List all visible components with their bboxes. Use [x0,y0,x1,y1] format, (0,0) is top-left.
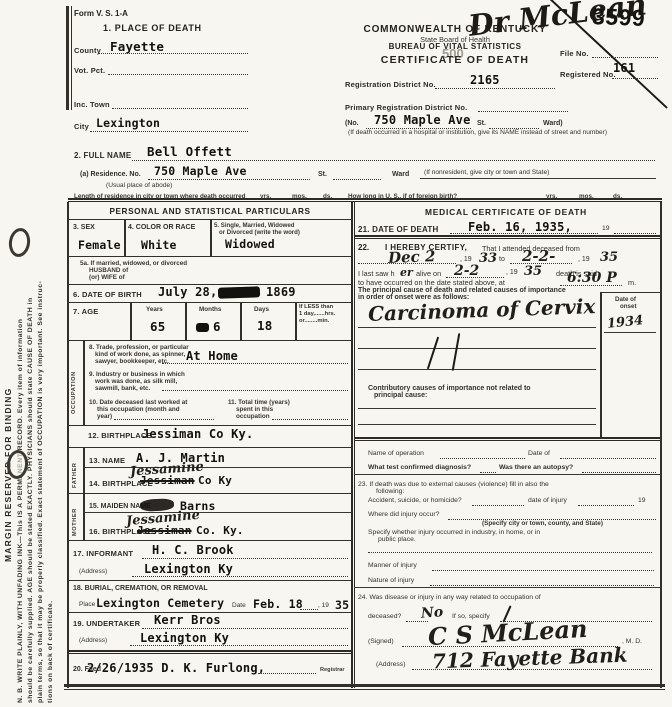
dotted-leader [560,284,622,286]
rule-line [358,408,596,409]
street-value: 750 Maple Ave [374,113,471,127]
attended-to-handwritten: 2-2- [522,247,555,265]
burial-year-value: 35 [335,598,349,612]
sex-value: Female [78,238,121,252]
dod-year-prefix: 19 [602,225,610,232]
dotted-leader [614,232,656,234]
rule-line [68,493,352,494]
undertaker-label: 19. UNDERTAKER [73,619,140,628]
where-injury-label: Where did injury occur? [368,511,439,518]
principal-cause-label: The principal cause of death and related… [358,287,566,294]
full-name-label: 2. FULL NAME [74,151,131,160]
rule-line [68,340,352,341]
spouse-label: 5a. If married, widowed, or divorced [80,260,187,267]
dotted-leader [368,551,652,553]
occupation-side-label: OCCUPATION [71,371,77,414]
total-time-label: 11. Total time (years) [228,399,290,406]
autopsy-label: Was there an autopsy? [499,464,573,471]
injury-19-label: 19 [638,497,646,504]
date-of-onset-label: Date of [615,296,636,303]
trade-label: 8. Trade, profession, or particular [89,344,189,351]
margin-instructions-line: N. B. WRITE PLAINLY, WITH UNFADING INK—T… [17,319,24,703]
days-column-label: Days [254,306,269,313]
external-causes-label: 23. If death was due to external causes … [358,481,549,488]
rule-line [68,198,662,202]
dotted-leader [148,178,310,180]
rule-line [67,202,69,688]
if-less-label: 1 day,......hrs. [299,311,335,317]
dotted-leader [90,130,248,132]
contributory-label: Contributory causes of importance not re… [368,385,531,392]
dotted-leader [162,362,348,364]
year-19-prefix: , 19 [506,269,518,276]
signed-label: (Signed) [368,638,394,645]
rule-line [185,302,187,340]
full-name-value: Bell Offett [147,144,232,159]
industry-label: sawmill, bank, etc. [95,385,150,392]
residence-st-label: St. [318,171,327,178]
death-certificate-scan: MARGIN RESERVED FOR BINDING N. B. WRITE … [0,0,672,707]
manner-of-injury-label: Manner of injury [368,562,417,569]
occurred-at-label: to have occurred on the date stated abov… [358,278,505,287]
burial-place-value: Lexington Cemetery [96,596,224,610]
informant-address-label: (Address) [79,568,107,575]
months-column-label: Months [199,306,221,313]
informant-value: H. C. Brook [152,543,234,557]
registered-no-value: 161 [613,61,635,75]
dotted-leader [132,159,655,161]
contributory-label: principal cause: [374,392,427,399]
date-of-death-label: 21. DATE OF DEATH [358,225,438,234]
form-left-bar-thin [71,6,72,110]
specify-injury-label: public place. [378,536,416,543]
undertaker-address-value: Lexington Ky [140,631,229,645]
dotted-leader [560,457,656,459]
mother-side-label: MOTHER [72,508,78,536]
age-years-value: 65 [150,319,165,334]
dotted-leader [578,504,634,506]
rule-line [600,292,660,293]
onset-year-handwritten: 1934 [606,313,644,332]
trade-label: sawyer, bookkeeper, etc. [95,358,169,365]
rule-line [124,219,126,256]
rule-line [354,235,660,239]
dotted-leader [132,575,348,577]
abode-note: (Usual place of abode) [106,182,172,189]
color-race-label: 4. COLOR OR RACE [128,224,195,231]
burial-label: 18. BURIAL, CREMATION, OR REMOVAL [73,585,208,592]
street-st-label: St. [477,120,486,127]
last-worked-label: this occupation (month and [97,406,180,413]
father-side-label: FATHER [72,462,78,488]
trade-value: At Home [186,349,238,363]
burial-date-value: Feb. 18 [253,597,303,611]
mother-birthplace-rest: Co. Ky. [196,524,244,537]
rule-line [660,202,662,688]
color-race-value: White [141,238,177,252]
total-time-label: spent in this [236,406,273,413]
dotted-leader [472,504,524,506]
total-time-label: occupation [236,413,270,420]
punch-hole [7,227,32,259]
rule-line [83,467,352,468]
rule-line [130,302,132,340]
rule-line [83,493,85,540]
rule-line [68,447,352,448]
dotted-leader [432,569,654,571]
dotted-leader [435,87,555,89]
dotted-leader [98,52,248,54]
rule-line [358,424,596,425]
occupation-related-label: 24. Was disease or injury in any way rel… [358,594,541,601]
undertaker-address-label: (Address) [79,637,107,644]
rule-line [354,587,660,588]
year-19-prefix: , 19 [578,256,590,263]
specify-injury-label: Specify whether injury occurred in indus… [368,529,540,536]
ink-blot [218,286,260,298]
dotted-leader [480,471,496,473]
hospital-note: (If death occurred in a hospital or inst… [348,129,607,136]
ink-blot [196,323,209,332]
to-word-label: to [499,256,505,263]
dotted-leader [430,584,654,586]
rule-line [420,178,656,179]
rule-line [83,340,85,425]
marital-label: 5. Single, Married, Widowed [214,222,295,229]
father-name-label: 13. NAME [89,456,125,465]
rule-line [68,650,352,654]
dotted-leader [582,471,656,473]
test-confirmed-label: What test confirmed diagnosis? [368,464,471,471]
years-column-label: Years [146,306,163,313]
burial-place-label: Place [79,601,95,608]
rule-line [604,332,656,333]
residence-ward-label: Ward [392,171,409,178]
rule-line [68,580,352,581]
rule-line [600,292,602,438]
dotted-leader [440,457,525,459]
dotted-leader [612,77,658,79]
last-saw-year-handwritten: 35 [524,264,542,279]
medical-certificate-title: MEDICAL CERTIFICATE OF DEATH [356,207,656,217]
rule-line [210,219,212,256]
deceased-label: deceased? [368,613,401,620]
personal-particulars-title: PERSONAL AND STATISTICAL PARTICULARS [70,207,350,216]
industry-label: 9. Industry or business in which [89,371,185,378]
burial-date-label: Date [232,602,246,609]
registered-no-label: Registered No. [560,70,616,79]
birthplace-value: Jessiman Co Ky. [142,427,253,441]
age-label: 7. AGE [73,307,99,316]
birth-year-value: 1869 [266,285,296,299]
m-suffix-label: m. [628,278,636,287]
to-year-handwritten: 35 [600,250,618,265]
last-worked-label: year) [97,413,112,420]
age-days-value: 18 [257,318,272,333]
injury-date-label: date of injury [528,497,567,504]
rule-line [354,474,660,475]
dotted-leader [450,232,598,234]
informant-address-value: Lexington Ky [144,562,233,576]
filed-value: 2/26/1935 D. K. Furlong, [87,661,265,675]
rule-line [240,302,242,340]
dotted-leader [333,178,381,180]
rule-line [68,256,352,257]
form-left-bar [66,6,69,110]
rule-line [354,437,660,441]
dotted-leader [130,644,348,646]
rule-line [358,348,596,349]
husband-of-label: HUSBAND of [89,267,128,274]
signature-address-label: (Address) [376,661,405,668]
dotted-leader [108,73,248,75]
date-of-onset-label: onset [620,303,637,310]
date-of-birth-label: 6. DATE OF BIRTH [73,290,142,299]
occupation-related-answer-handwritten: No [420,604,443,622]
operation-date-label: Date of [528,450,550,457]
mother-birthplace-struck: Jessiman [137,524,192,537]
marital-value: Widowed [225,237,275,251]
city-label: City [74,122,89,131]
father-birthplace-rest: Co Ky [198,474,232,487]
industry-label: work was done, as silk mill, [95,378,177,385]
inc-town-label: Inc. Town [74,100,110,109]
rule-line [64,689,665,690]
last-saw-date-handwritten: 2-2 [454,263,479,279]
margin-instructions-line: tions on back of certificate. [47,600,54,703]
rule-line [351,202,355,688]
file-no-label: File No. [560,49,589,58]
if-less-label: or........min. [299,318,329,324]
year-19-prefix: , 19 [460,256,472,263]
rule-line [83,512,352,513]
trade-label: kind of work done, as spinner, [95,351,185,358]
accident-label: Accident, suicide, or homicide? [368,497,462,504]
dotted-leader [142,627,348,629]
street-no-paren: (No. [345,120,359,127]
pen-mark [427,337,439,370]
primary-registration-label: Primary Registration District No. [345,103,467,112]
operation-label: Name of operation [368,450,424,457]
registration-district-value: 2165 [470,73,500,87]
nature-of-injury-label: Nature of injury [368,577,414,584]
dotted-leader [258,672,316,674]
rule-line [68,540,352,541]
item-22-number: 22. [358,243,369,252]
wife-of-label: (or) WIFE of [89,274,125,281]
informant-label: 17. INFORMANT [73,549,133,558]
dotted-leader [162,389,348,391]
dotted-leader [358,262,456,264]
from-year-handwritten: 33 [479,251,497,266]
city-value: Lexington [96,116,160,130]
certificate-stamp-number: 3599 [592,3,646,32]
margin-instructions-line: should be carefully supplied. AGE should… [27,297,34,703]
rule-line [83,447,85,493]
where-injury-note: (Specify city or town, county, and State… [482,520,603,527]
date-of-birth-value: July 28, [158,285,217,299]
dotted-leader [478,110,568,112]
if-less-label: If LESS than [299,304,333,310]
rule-line [358,369,596,370]
registration-district-label: Registration District No. [345,80,436,89]
nonresident-note: (If nonresident, give city or town and S… [424,169,549,176]
last-saw-label: I last saw h [358,269,395,278]
margin-instructions-line: plain terms, so that it may be properly … [37,281,44,703]
pen-mark [452,333,461,371]
ward-label: Ward) [543,120,563,127]
dotted-leader [142,557,348,559]
rule-line [295,302,297,340]
dotted-leader [112,107,248,109]
alive-on-label: alive on [416,269,441,278]
residence-value: 750 Maple Ave [154,164,247,178]
dotted-leader [592,56,658,58]
dotted-leader [114,418,214,420]
age-months-value: 6 [213,319,221,334]
rule-line [64,684,665,687]
county-label: County [74,46,101,55]
burial-year-prefix: , 19 [318,602,329,609]
registrar-label: Registrar [320,667,345,673]
sex-label: 3. SEX [73,224,95,231]
place-of-death-heading: 1. PLACE OF DEATH [103,23,202,33]
marital-label: or Divorced (write the word) [219,229,300,236]
form-number: Form V. S. 1-A [74,9,128,18]
father-birthplace-struck: Jessiman [140,474,195,487]
dotted-leader [272,418,348,420]
rule-line [358,327,596,328]
dotted-leader [300,608,318,610]
residence-label: (a) Residence. No. [80,171,141,178]
external-causes-label: following: [376,488,404,495]
undertaker-value: Kerr Bros [154,613,221,627]
overprint-number: 500 [442,46,464,61]
last-worked-label: 10. Date deceased last worked at [89,399,187,406]
voting-precinct-label: Vot. Pct. [74,66,105,75]
